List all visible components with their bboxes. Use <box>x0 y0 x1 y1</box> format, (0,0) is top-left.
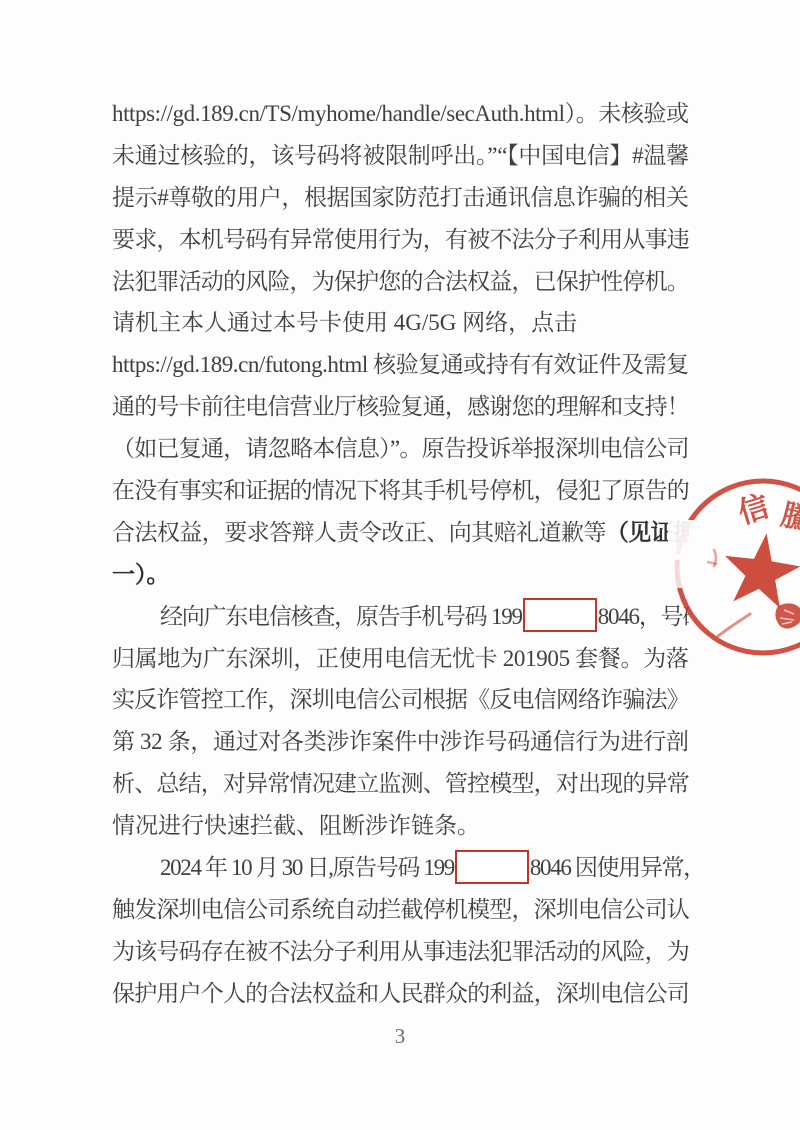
text-segment: 2024 年 10 月 30 日,原告号码 199 <box>160 855 454 880</box>
svg-text:信: 信 <box>734 489 773 530</box>
text-line: 提示#尊敬的用户，根据国家防范打击通讯信息诈骗的相关 <box>112 177 689 219</box>
text-line: 合法权益，要求答辩人责令改正、向其赔礼道歉等（见证据 <box>112 512 689 554</box>
text-line: 一）。 <box>112 554 689 596</box>
text-segment-bold: （见证据 <box>606 520 689 545</box>
text-line: 在没有事实和证据的情况下将其手机号停机，侵犯了原告的 <box>112 470 689 512</box>
text-line: https://gd.189.cn/futong.html 核验复通或持有有效证… <box>112 344 689 386</box>
text-segment: 合法权益，要求答辩人责令改正、向其赔礼道歉等 <box>112 520 606 545</box>
text-line: 请机主本人通过本号卡使用 4G/5G 网络，点击 <box>112 302 689 344</box>
document-text-block: https://gd.189.cn/TS/myhome/handle/secAu… <box>112 93 689 1015</box>
redaction-box <box>523 598 597 632</box>
text-segment: 8046 因使用异常， <box>530 855 689 880</box>
document-page: https://gd.189.cn/TS/myhome/handle/secAu… <box>0 0 800 1130</box>
text-segment-bold: 一）。 <box>112 562 170 587</box>
text-line: 实反诈管控工作，深圳电信公司根据《反电信网络诈骗法》 <box>112 679 689 721</box>
text-line: 第 32 条，通过对各类涉诈案件中涉诈号码通信行为进行剖 <box>112 721 689 763</box>
text-line: https://gd.189.cn/TS/myhome/handle/secAu… <box>112 93 689 135</box>
text-line: 2024 年 10 月 30 日,原告号码 1998046 因使用异常， <box>112 847 689 889</box>
text-line: 析、总结，对异常情况建立监测、管控模型，对出现的异常 <box>112 763 689 805</box>
text-line: 经向广东电信核查，原告手机号码 1998046，号码 <box>112 596 689 638</box>
text-segment: 经向广东电信核查，原告手机号码 199 <box>160 604 522 629</box>
text-line: 未通过核验的，该号码将被限制呼出。”“【中国电信】#温馨 <box>112 135 689 177</box>
page-number: 3 <box>0 1024 800 1049</box>
text-line: 通的号卡前往电信营业厅核验复通，感谢您的理解和支持！ <box>112 386 689 428</box>
text-line: 为该号码存在被不法分子利用从事违法犯罪活动的风险，为 <box>112 931 689 973</box>
text-line: 归属地为广东深圳，正使用电信无忧卡 201905 套餐。为落 <box>112 638 689 680</box>
text-segment: 8046，号码 <box>598 604 689 629</box>
text-line: 保护用户个人的合法权益和人民群众的利益，深圳电信公司 <box>112 973 689 1015</box>
text-line: （如已复通，请忽略本信息）”。原告投诉举报深圳电信公司 <box>112 428 689 470</box>
text-line: 触发深圳电信公司系统自动拦截停机模型，深圳电信公司认 <box>112 889 689 931</box>
text-line: 要求，本机号码有异常使用行为，有被不法分子利用从事违 <box>112 219 689 261</box>
text-line: 情况进行快速拦截、阻断涉诈链条。 <box>112 805 689 847</box>
redaction-box <box>455 850 529 884</box>
text-line: 法犯罪活动的风险，为保护您的合法权益，已保护性停机。 <box>112 261 689 303</box>
svg-text:騰: 騰 <box>778 498 800 537</box>
